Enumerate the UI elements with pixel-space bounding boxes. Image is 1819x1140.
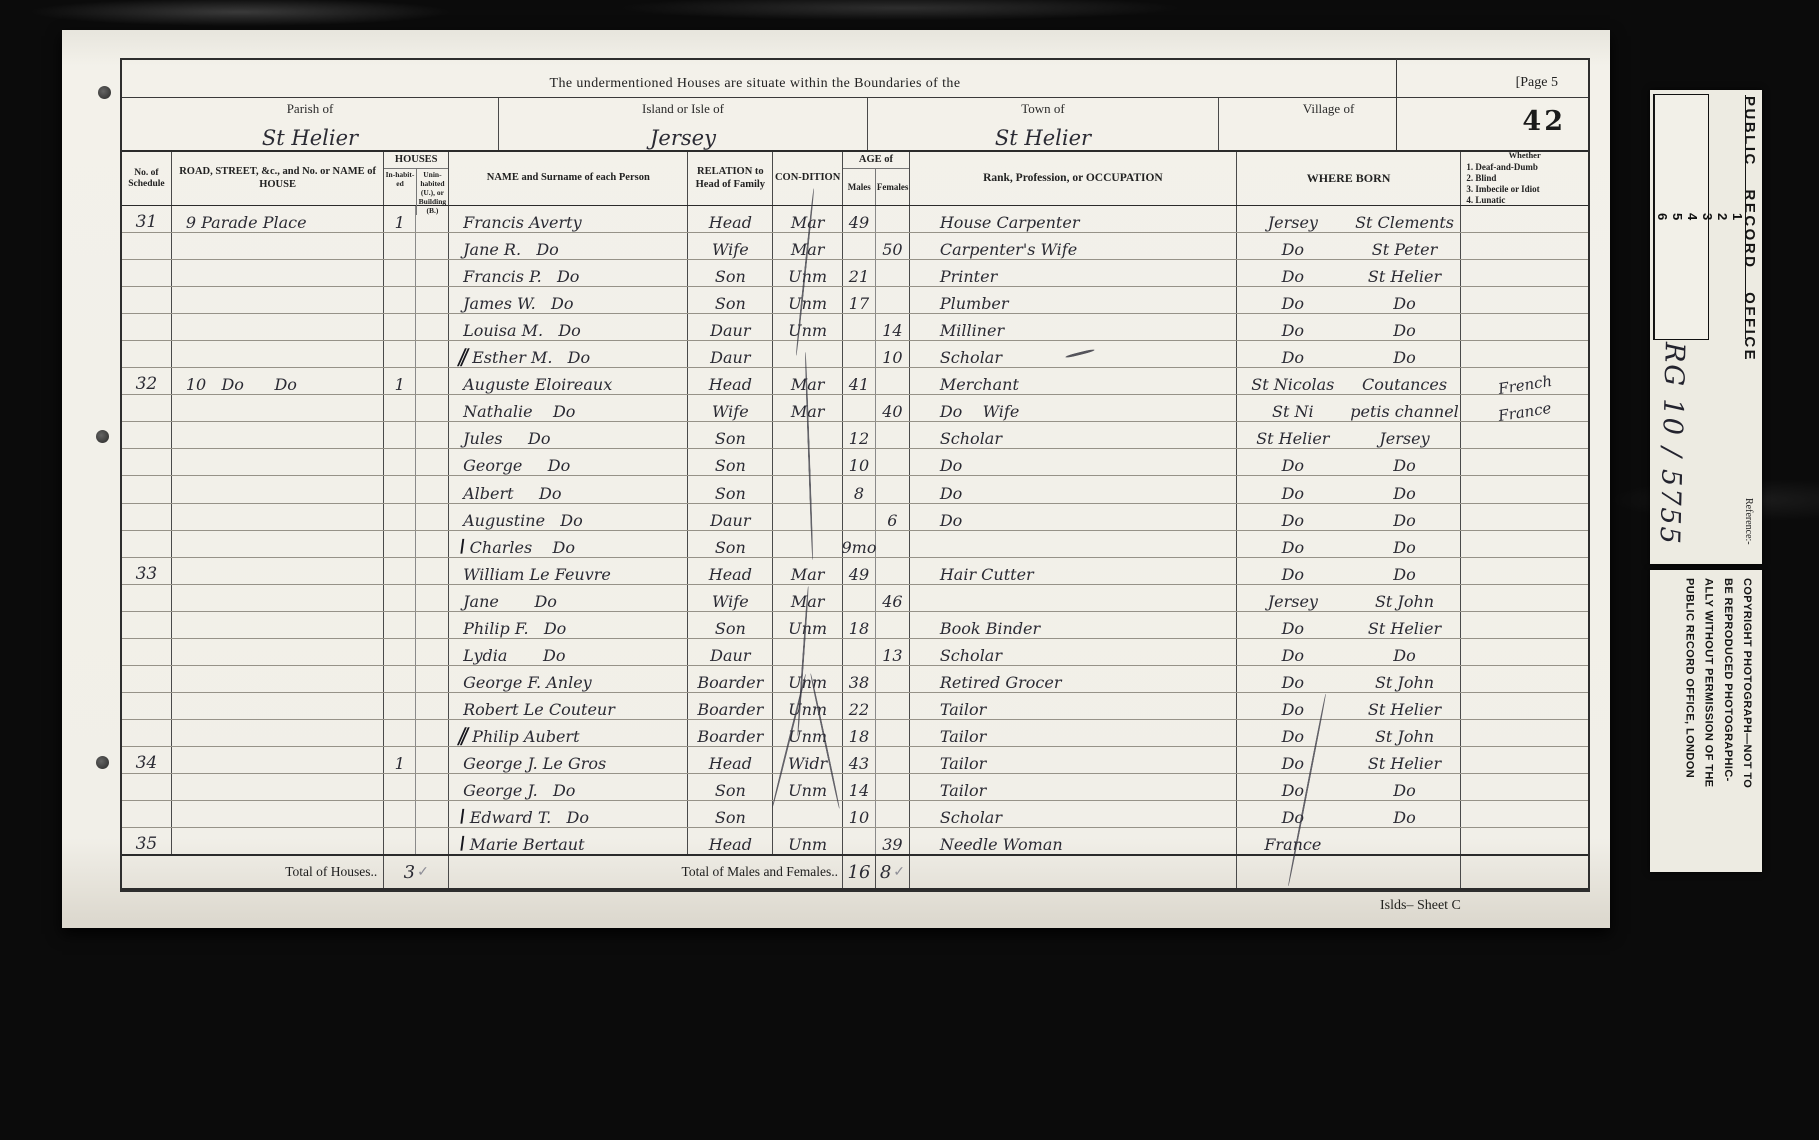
totals-empty-infirmity	[1461, 856, 1588, 888]
born-part-1: Do	[1237, 267, 1349, 286]
cell-road-name: 10 Do Do	[172, 368, 384, 394]
cell-person-name: George J. Le Gros	[449, 747, 688, 773]
ruler-number: 2	[1715, 213, 1730, 220]
cell-occupation: Tailor	[910, 693, 1237, 719]
born-part-1: Do	[1237, 646, 1349, 665]
cell-schedule-number	[122, 395, 172, 421]
census-rows: 31 9 Parade Place 1 Francis Averty Head …	[122, 206, 1588, 854]
cell-infirmity-note	[1461, 801, 1588, 827]
infirmity-item-2: 2. Blind	[1463, 173, 1496, 184]
cell-relation: Head	[688, 206, 773, 232]
cell-age-female	[876, 449, 910, 475]
boundaries-note: The undermentioned Houses are situate wi…	[122, 76, 1388, 92]
pro-copyright-panel: COPYRIGHT PHOTOGRAPH—NOT TO BE REPRODUCE…	[1650, 570, 1762, 872]
total-males-number: 16	[848, 862, 871, 883]
born-part-1: Do	[1237, 754, 1349, 773]
cell-age-female: 10	[876, 341, 910, 367]
enumerator-mark: \	[454, 806, 470, 827]
cell-age-male: 43	[843, 747, 876, 773]
born-part-2: Do	[1349, 538, 1461, 557]
cell-road-name	[172, 747, 384, 773]
cell-infirmity-note	[1461, 287, 1588, 313]
born-part-1: Do	[1237, 538, 1349, 557]
person-name-text: Louisa M. Do	[463, 321, 581, 340]
cell-infirmity-note: French	[1461, 368, 1588, 394]
cell-road-name	[172, 260, 384, 286]
cell-age-female	[876, 422, 910, 448]
total-males-females-label: Total of Males and Females..	[449, 856, 843, 888]
cell-inhabited	[384, 585, 416, 611]
cell-road-name	[172, 449, 384, 475]
totals-empty-born	[1237, 856, 1461, 888]
born-part-2: St Helier	[1349, 267, 1461, 286]
cell-person-name: Lydia Do	[449, 639, 688, 665]
cell-age-male: 22	[843, 693, 876, 719]
cell-inhabited	[384, 801, 416, 827]
cell-infirmity-note	[1461, 558, 1588, 584]
born-part-1: Do	[1237, 781, 1349, 800]
cell-uninhabited	[416, 639, 449, 665]
cell-person-name: Jules Do	[449, 422, 688, 448]
totals-row: Total of Houses.. 3 ✓ Total of Males and…	[122, 854, 1588, 890]
born-part-2: St Clements	[1349, 213, 1461, 232]
cell-relation: Head	[688, 747, 773, 773]
cell-where-born: Do Do	[1237, 476, 1461, 502]
cell-person-name: George J. Do	[449, 774, 688, 800]
person-name-text: Philip Aubert	[472, 727, 579, 746]
table-row: Philip F. Do Son Unm 18 Book Binder Do S…	[122, 612, 1588, 639]
cell-age-female	[876, 531, 910, 557]
cell-uninhabited	[416, 504, 449, 530]
table-row: Jules Do Son 12 Scholar St Helier Jersey	[122, 422, 1588, 449]
cell-schedule-number	[122, 639, 172, 665]
checkmark-icon: ✓	[417, 864, 429, 881]
cell-uninhabited	[416, 206, 449, 232]
cell-inhabited	[384, 558, 416, 584]
ruler-number: 6	[1655, 213, 1670, 220]
born-part-1: Do	[1237, 673, 1349, 692]
cell-inhabited	[384, 422, 416, 448]
pro-upper-panel: 1 2 3 4 5 6 PUBLIC RECORD OFFICE Referen…	[1650, 90, 1762, 564]
ruler-number: 3	[1700, 213, 1715, 220]
cell-infirmity-note	[1461, 341, 1588, 367]
cell-road-name	[172, 287, 384, 313]
cell-uninhabited	[416, 422, 449, 448]
cell-occupation: Scholar	[910, 639, 1237, 665]
enumerator-mark: \	[454, 833, 470, 854]
cell-person-name: Robert Le Couteur	[449, 693, 688, 719]
enumerator-mark: \	[454, 536, 470, 557]
table-row: 35 \ Marie Bertaut Head Unm 39 Needle Wo…	[122, 828, 1588, 854]
cell-uninhabited	[416, 693, 449, 719]
born-part-1: Do	[1237, 727, 1349, 746]
col-header-schedule: No. of Schedule	[122, 152, 172, 205]
born-part-1: St Ni	[1237, 402, 1349, 421]
cell-road-name	[172, 801, 384, 827]
cell-inhabited	[384, 693, 416, 719]
cell-schedule-number	[122, 693, 172, 719]
table-row: Jane R. Do Wife Mar 50 Carpenter's Wife …	[122, 233, 1588, 260]
table-row: George F. Anley Boarder Unm 38 Retired G…	[122, 666, 1588, 693]
cell-inhabited	[384, 612, 416, 638]
cell-age-male	[843, 314, 876, 340]
born-part-2: St John	[1349, 727, 1461, 746]
cell-road-name	[172, 558, 384, 584]
cell-schedule-number	[122, 801, 172, 827]
cell-inhabited: 1	[384, 206, 416, 232]
cell-relation: Son	[688, 531, 773, 557]
cell-relation: Head	[688, 368, 773, 394]
cell-schedule-number: 31	[122, 206, 172, 232]
cell-where-born: Do Do	[1237, 639, 1461, 665]
total-females-value: 8 ✓	[876, 856, 910, 888]
person-name-text: Lydia Do	[463, 646, 565, 665]
cell-road-name	[172, 233, 384, 259]
cell-age-male: 14	[843, 774, 876, 800]
table-row: 32 10 Do Do 1 Auguste Eloireaux Head Mar…	[122, 368, 1588, 395]
cell-age-male	[843, 504, 876, 530]
table-row: George J. Do Son Unm 14 Tailor Do Do	[122, 774, 1588, 801]
cell-uninhabited	[416, 558, 449, 584]
copyright-notice: COPYRIGHT PHOTOGRAPH—NOT TO BE REPRODUCE…	[1656, 578, 1756, 864]
cell-where-born: Do Do	[1237, 287, 1461, 313]
person-name-text: Jane Do	[463, 592, 557, 611]
cell-condition: Unm	[773, 666, 843, 692]
cell-schedule-number: 32	[122, 368, 172, 394]
cell-uninhabited	[416, 449, 449, 475]
copyright-line: BE REPRODUCED PHOTOGRAPHIC-	[1718, 578, 1737, 864]
born-part-1: Do	[1237, 808, 1349, 827]
born-part-2: St Helier	[1349, 700, 1461, 719]
page-number-label: [Page 5	[1516, 75, 1558, 91]
born-part-1: Do	[1237, 700, 1349, 719]
cell-inhabited	[384, 639, 416, 665]
cell-occupation: Book Binder	[910, 612, 1237, 638]
person-name-text: George F. Anley	[463, 673, 592, 692]
born-part-2: Jersey	[1349, 429, 1461, 448]
cell-where-born: St Nicolas Coutances	[1237, 368, 1461, 394]
cell-person-name: Philip F. Do	[449, 612, 688, 638]
ruler-number: 5	[1670, 213, 1685, 220]
total-houses-label: Total of Houses..	[122, 856, 384, 888]
cell-relation: Son	[688, 449, 773, 475]
cell-road-name	[172, 422, 384, 448]
person-name-text: Edward T. Do	[470, 808, 589, 827]
cell-condition: Unm	[773, 287, 843, 313]
cell-infirmity-note	[1461, 585, 1588, 611]
cell-occupation	[910, 531, 1237, 557]
cell-age-female: 40	[876, 395, 910, 421]
born-part-1: Do	[1237, 456, 1349, 475]
cell-occupation: Do	[910, 449, 1237, 475]
cell-road-name: 9 Parade Place	[172, 206, 384, 232]
cell-uninhabited	[416, 531, 449, 557]
cell-person-name: Francis P. Do	[449, 260, 688, 286]
cell-age-male: 10	[843, 449, 876, 475]
born-part-2: Do	[1349, 321, 1461, 340]
ruler-number: 4	[1685, 213, 1700, 220]
cell-inhabited	[384, 260, 416, 286]
col-header-infirmity: Whether 1. Deaf-and-Dumb 2. Blind 3. Imb…	[1461, 152, 1588, 205]
cell-age-male	[843, 585, 876, 611]
person-name-text: Nathalie Do	[463, 402, 575, 421]
sheet-label: Islds– Sheet C	[1380, 898, 1590, 914]
cell-person-name: Jane R. Do	[449, 233, 688, 259]
cell-road-name	[172, 612, 384, 638]
table-row: Augustine Do Daur 6 Do Do Do	[122, 504, 1588, 531]
born-part-1: Do	[1237, 565, 1349, 584]
cell-schedule-number	[122, 422, 172, 448]
born-part-2: Do	[1349, 294, 1461, 313]
cell-age-female: 39	[876, 828, 910, 854]
cell-occupation: Carpenter's Wife	[910, 233, 1237, 259]
cell-relation: Daur	[688, 341, 773, 367]
cell-relation: Boarder	[688, 693, 773, 719]
cell-relation: Son	[688, 260, 773, 286]
col-header-condition: CON-DITION	[773, 152, 843, 205]
person-name-text: William Le Feuvre	[463, 565, 611, 584]
cell-age-male	[843, 395, 876, 421]
cell-age-male: 18	[843, 612, 876, 638]
cell-age-female: 13	[876, 639, 910, 665]
houses-group-title: HOUSES	[384, 152, 448, 166]
cell-infirmity-note	[1461, 720, 1588, 746]
cell-where-born: Do St Helier	[1237, 612, 1461, 638]
infirmity-title: Whether	[1463, 151, 1586, 161]
born-part-1: Do	[1237, 348, 1349, 367]
cell-occupation: Milliner	[910, 314, 1237, 340]
parish-value: St Helier	[122, 126, 498, 150]
cell-condition	[773, 639, 843, 665]
born-part-2: St John	[1349, 592, 1461, 611]
cell-inhabited	[384, 314, 416, 340]
punch-hole	[96, 430, 109, 443]
cell-inhabited	[384, 233, 416, 259]
enumerator-mark: ‖	[454, 725, 472, 746]
cell-person-name: Louisa M. Do	[449, 314, 688, 340]
cell-person-name: William Le Feuvre	[449, 558, 688, 584]
col-header-road: ROAD, STREET, &c., and No. or NAME of HO…	[172, 152, 384, 205]
cell-relation: Boarder	[688, 720, 773, 746]
cell-where-born: Do Do	[1237, 314, 1461, 340]
cell-schedule-number	[122, 774, 172, 800]
cell-person-name: Albert Do	[449, 476, 688, 502]
cell-age-female	[876, 476, 910, 502]
cell-schedule-number	[122, 449, 172, 475]
cell-occupation: Scholar	[910, 801, 1237, 827]
reference-label: Reference:-	[1743, 498, 1754, 560]
cell-condition: Unm	[773, 693, 843, 719]
cell-age-female	[876, 206, 910, 232]
person-name-text: Francis Averty	[463, 213, 582, 232]
born-part-1: Do	[1237, 321, 1349, 340]
cell-condition: Mar	[773, 368, 843, 394]
cell-occupation	[910, 585, 1237, 611]
cell-condition: Unm	[773, 828, 843, 854]
cell-age-male	[843, 828, 876, 854]
cell-age-male: 9mo	[843, 531, 876, 557]
cell-age-male: 12	[843, 422, 876, 448]
cell-age-male: 49	[843, 206, 876, 232]
cell-infirmity-note	[1461, 531, 1588, 557]
born-part-1: St Nicolas	[1237, 375, 1349, 394]
table-row: Robert Le Couteur Boarder Unm 22 Tailor …	[122, 693, 1588, 720]
cell-where-born: Do Do	[1237, 801, 1461, 827]
cell-infirmity-note	[1461, 233, 1588, 259]
cell-road-name	[172, 531, 384, 557]
table-row: Albert Do Son 8 Do Do Do	[122, 476, 1588, 503]
cell-schedule-number	[122, 720, 172, 746]
cell-person-name: Francis Averty	[449, 206, 688, 232]
cell-schedule-number	[122, 314, 172, 340]
total-females-number: 8	[880, 862, 891, 883]
cell-uninhabited	[416, 585, 449, 611]
cell-person-name: \ Marie Bertaut	[449, 828, 688, 854]
parish-cell: Parish of St Helier	[122, 98, 499, 150]
cell-road-name	[172, 476, 384, 502]
cell-occupation: Plumber	[910, 287, 1237, 313]
cell-age-female	[876, 287, 910, 313]
punch-hole	[98, 86, 111, 99]
cell-infirmity-note	[1461, 206, 1588, 232]
cell-infirmity-note	[1461, 774, 1588, 800]
village-cell: Village of 42	[1219, 98, 1588, 150]
table-row: 33 William Le Feuvre Head Mar 49 Hair Cu…	[122, 558, 1588, 585]
cell-road-name	[172, 774, 384, 800]
person-name-text: George J. Do	[463, 781, 575, 800]
cell-infirmity-note	[1461, 828, 1588, 854]
cell-schedule-number: 34	[122, 747, 172, 773]
cell-condition: Mar	[773, 558, 843, 584]
public-record-office-label: PUBLIC RECORD OFFICE	[1741, 96, 1758, 494]
cell-relation: Head	[688, 558, 773, 584]
table-row: ‖ Philip Aubert Boarder Unm 18 Tailor Do…	[122, 720, 1588, 747]
cell-condition	[773, 531, 843, 557]
cell-condition	[773, 801, 843, 827]
cell-age-female	[876, 801, 910, 827]
person-name-text: James W. Do	[463, 294, 573, 313]
cell-age-female	[876, 260, 910, 286]
cell-uninhabited	[416, 314, 449, 340]
cell-relation: Son	[688, 801, 773, 827]
person-name-text: Francis P. Do	[463, 267, 579, 286]
col-header-name: NAME and Surname of each Person	[449, 152, 688, 205]
cell-person-name: ‖ Esther M. Do	[449, 341, 688, 367]
person-name-text: Auguste Eloireaux	[463, 375, 612, 394]
cell-inhabited: 1	[384, 368, 416, 394]
born-part-2: St Helier	[1349, 619, 1461, 638]
cell-age-male: 8	[843, 476, 876, 502]
cell-inhabited	[384, 828, 416, 854]
born-part-2: Coutances	[1349, 375, 1461, 394]
cell-age-male	[843, 233, 876, 259]
cell-schedule-number: 33	[122, 558, 172, 584]
cell-infirmity-note	[1461, 260, 1588, 286]
table-row: \ Edward T. Do Son 10 Scholar Do Do	[122, 801, 1588, 828]
cell-inhabited	[384, 287, 416, 313]
cell-relation: Head	[688, 828, 773, 854]
cell-uninhabited	[416, 260, 449, 286]
cell-uninhabited	[416, 287, 449, 313]
column-header-row: No. of Schedule ROAD, STREET, &c., and N…	[122, 150, 1588, 206]
cell-age-female	[876, 693, 910, 719]
cell-condition: Unm	[773, 720, 843, 746]
cell-occupation: Tailor	[910, 747, 1237, 773]
cell-age-female	[876, 774, 910, 800]
cell-road-name	[172, 504, 384, 530]
cell-inhabited	[384, 720, 416, 746]
cell-age-male: 38	[843, 666, 876, 692]
cell-person-name: Auguste Eloireaux	[449, 368, 688, 394]
born-part-2: Do	[1349, 484, 1461, 503]
person-name-text: Esther M. Do	[472, 348, 590, 367]
cell-age-male	[843, 639, 876, 665]
copyright-line: PUBLIC RECORD OFFICE, LONDON	[1679, 578, 1698, 864]
census-scan-page: { "page": { "top_note": "The undermentio…	[0, 0, 1819, 1140]
person-name-text: George J. Le Gros	[463, 754, 606, 773]
cell-road-name	[172, 720, 384, 746]
cell-uninhabited	[416, 801, 449, 827]
cell-where-born: Jersey St John	[1237, 585, 1461, 611]
table-row: Jane Do Wife Mar 46 Jersey St John	[122, 585, 1588, 612]
cell-schedule-number	[122, 341, 172, 367]
table-row: Lydia Do Daur 13 Scholar Do Do	[122, 639, 1588, 666]
cell-schedule-number	[122, 666, 172, 692]
col-header-houses: HOUSES In-habit-ed Unin-habited (U.), or…	[384, 152, 449, 205]
born-part-2: petis channel	[1349, 402, 1461, 421]
total-houses-number: 3	[404, 862, 415, 883]
parish-label: Parish of	[122, 101, 498, 117]
col-header-occupation: Rank, Profession, or OCCUPATION	[910, 152, 1237, 205]
cell-schedule-number	[122, 233, 172, 259]
cell-person-name: \ Charles Do	[449, 531, 688, 557]
infirmity-item-4: 4. Lunatic	[1463, 195, 1505, 206]
cell-occupation: Do Wife	[910, 395, 1237, 421]
cell-infirmity-note	[1461, 747, 1588, 773]
cell-uninhabited	[416, 720, 449, 746]
person-name-text: Marie Bertaut	[470, 835, 585, 854]
table-row: 34 1 George J. Le Gros Head Widr 43 Tail…	[122, 747, 1588, 774]
cell-condition: Unm	[773, 612, 843, 638]
cell-where-born: Do St Helier	[1237, 747, 1461, 773]
cell-relation: Son	[688, 774, 773, 800]
cell-inhabited	[384, 504, 416, 530]
cell-uninhabited	[416, 233, 449, 259]
born-part-2: Do	[1349, 456, 1461, 475]
cell-relation: Son	[688, 612, 773, 638]
cell-condition: Unm	[773, 314, 843, 340]
born-part-2: Do	[1349, 565, 1461, 584]
cell-age-male: 21	[843, 260, 876, 286]
cell-uninhabited	[416, 476, 449, 502]
cell-schedule-number	[122, 287, 172, 313]
cell-infirmity-note	[1461, 449, 1588, 475]
cell-relation: Boarder	[688, 666, 773, 692]
cell-infirmity-note: France	[1461, 395, 1588, 421]
born-part-2: Do	[1349, 781, 1461, 800]
cell-where-born: Do St Peter	[1237, 233, 1461, 259]
town-cell: Town of St Helier	[868, 98, 1219, 150]
born-part-2: Do	[1349, 646, 1461, 665]
cell-where-born: France	[1237, 828, 1461, 854]
island-label: Island or Isle of	[499, 101, 867, 117]
table-row: Louisa M. Do Daur Unm 14 Milliner Do Do	[122, 314, 1588, 341]
cell-road-name	[172, 395, 384, 421]
col-header-relation: RELATION to Head of Family	[688, 152, 773, 205]
pro-reference-strip: 1 2 3 4 5 6 PUBLIC RECORD OFFICE Referen…	[1650, 90, 1762, 872]
cell-inhabited	[384, 395, 416, 421]
cell-where-born: Do Do	[1237, 341, 1461, 367]
